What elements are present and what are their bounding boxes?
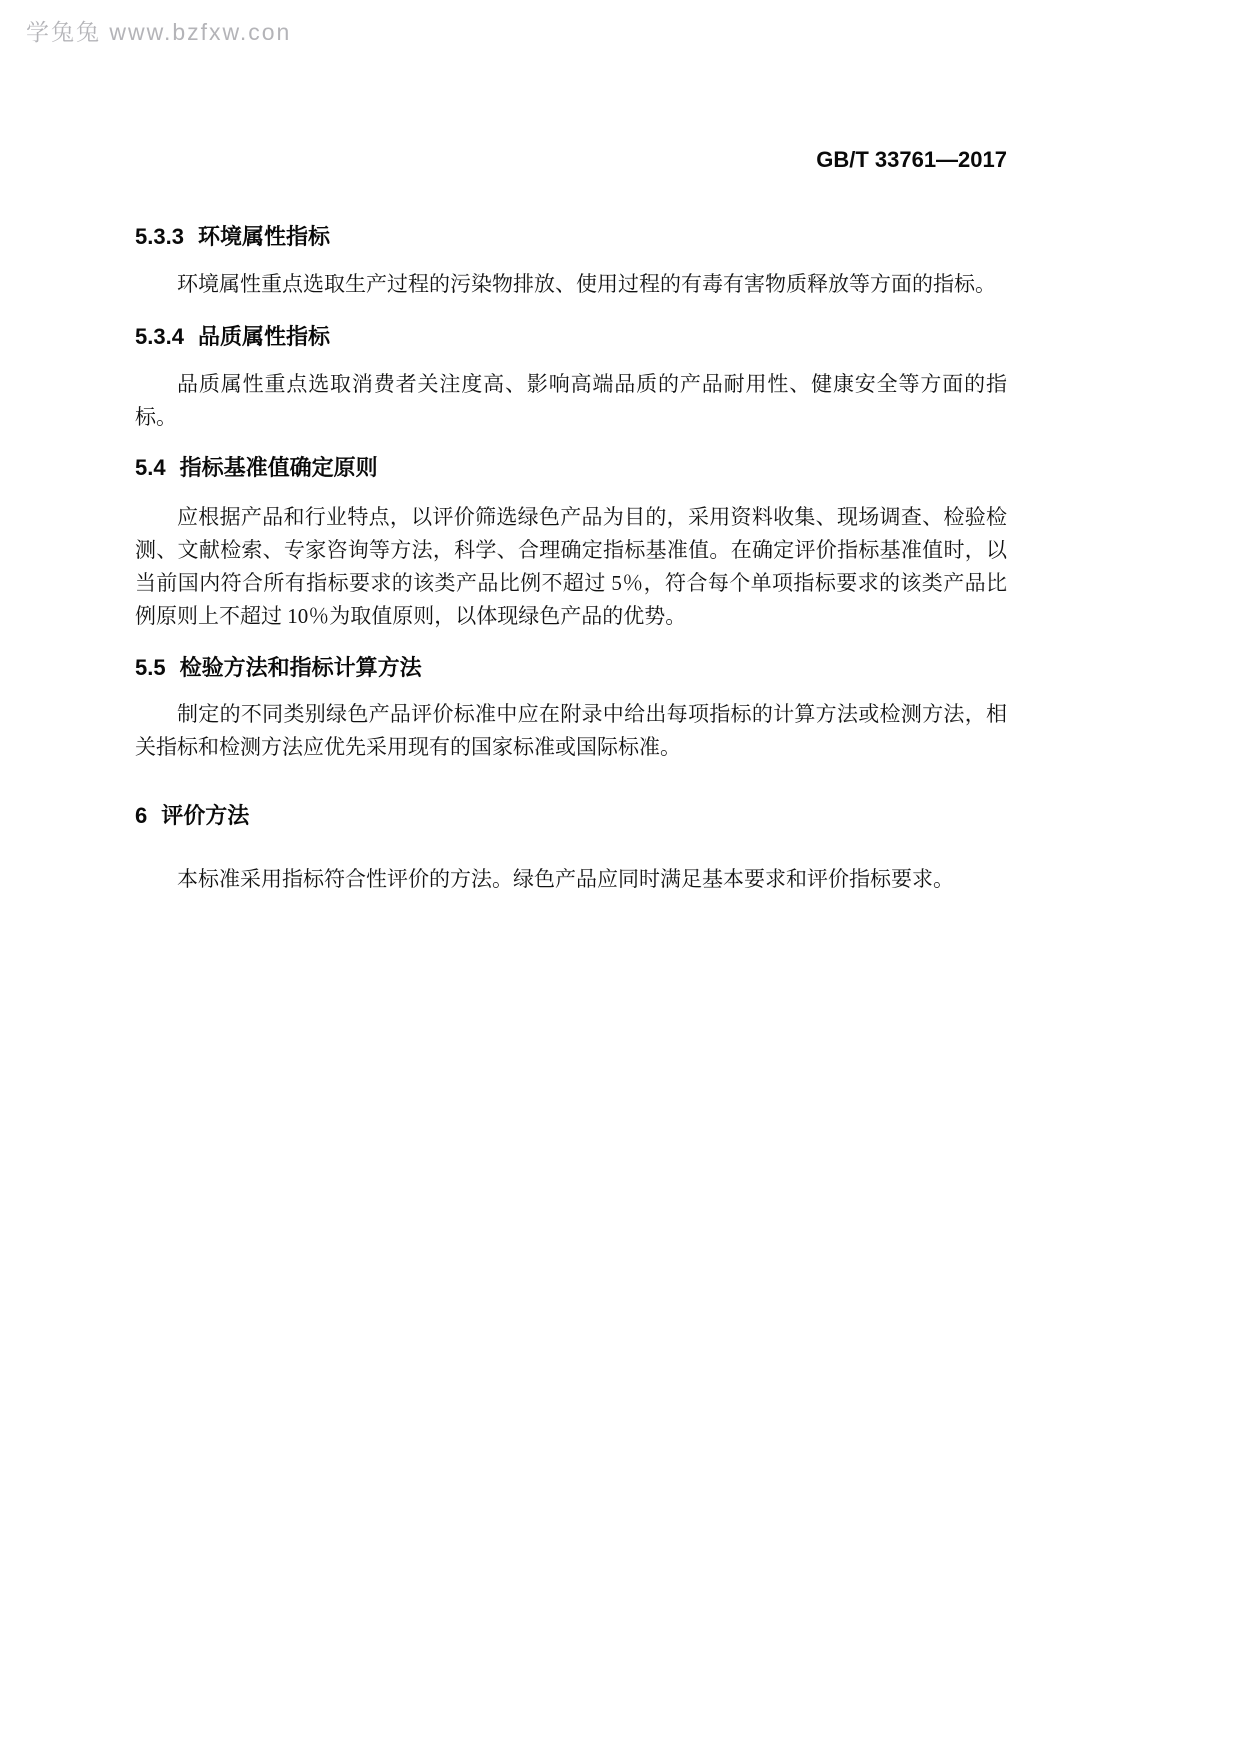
section: 5.4指标基准值确定原则 应根据产品和行业特点，以评价筛选绿色产品为目的，采用资… (135, 455, 1007, 633)
section: 6评价方法 本标准采用指标符合性评价的方法。绿色产品应同时满足基本要求和评价指标… (135, 803, 1007, 896)
section-title: 环境属性指标 (198, 224, 330, 249)
section-heading: 5.5检验方法和指标计算方法 (135, 655, 1007, 681)
section-number: 5.3.3 (135, 224, 184, 250)
body-paragraph: 品质属性重点选取消费者关注度高、影响高端品质的产品耐用性、健康安全等方面的指标。 (135, 368, 1007, 434)
document-page: 学兔兔 www.bzfxw.con GB/T 33761—2017 5.3.3环… (0, 0, 1240, 1754)
section-number: 5.3.4 (135, 324, 184, 350)
section-heading: 5.3.4品质属性指标 (135, 324, 1007, 350)
body-paragraph: 应根据产品和行业特点，以评价筛选绿色产品为目的，采用资料收集、现场调查、检验检测… (135, 501, 1007, 633)
section: 5.3.3环境属性指标 环境属性重点选取生产过程的污染物排放、使用过程的有毒有害… (135, 224, 1007, 301)
body-paragraph: 制定的不同类别绿色产品评价标准中应在附录中给出每项指标的计算方法或检测方法，相关… (135, 698, 1007, 764)
section-number: 5.5 (135, 655, 166, 681)
section-heading: 5.4指标基准值确定原则 (135, 455, 1007, 481)
section: 5.5检验方法和指标计算方法 制定的不同类别绿色产品评价标准中应在附录中给出每项… (135, 655, 1007, 764)
section-heading: 6评价方法 (135, 803, 1007, 829)
section-title: 品质属性指标 (198, 324, 330, 349)
section: 5.3.4品质属性指标 品质属性重点选取消费者关注度高、影响高端品质的产品耐用性… (135, 324, 1007, 434)
body-paragraph: 环境属性重点选取生产过程的污染物排放、使用过程的有毒有害物质释放等方面的指标。 (135, 268, 1007, 301)
sections-container: 5.3.3环境属性指标 环境属性重点选取生产过程的污染物排放、使用过程的有毒有害… (135, 224, 1007, 896)
watermark: 学兔兔 www.bzfxw.con (26, 14, 291, 47)
section-title: 评价方法 (161, 803, 249, 828)
section-number: 5.4 (135, 455, 166, 481)
body-paragraph: 本标准采用指标符合性评价的方法。绿色产品应同时满足基本要求和评价指标要求。 (135, 863, 1007, 896)
section-title: 检验方法和指标计算方法 (180, 655, 422, 680)
page-content: GB/T 33761—2017 5.3.3环境属性指标 环境属性重点选取生产过程… (135, 0, 1007, 896)
section-title: 指标基准值确定原则 (180, 455, 378, 480)
section-heading: 5.3.3环境属性指标 (135, 224, 1007, 250)
section-number: 6 (135, 803, 147, 829)
